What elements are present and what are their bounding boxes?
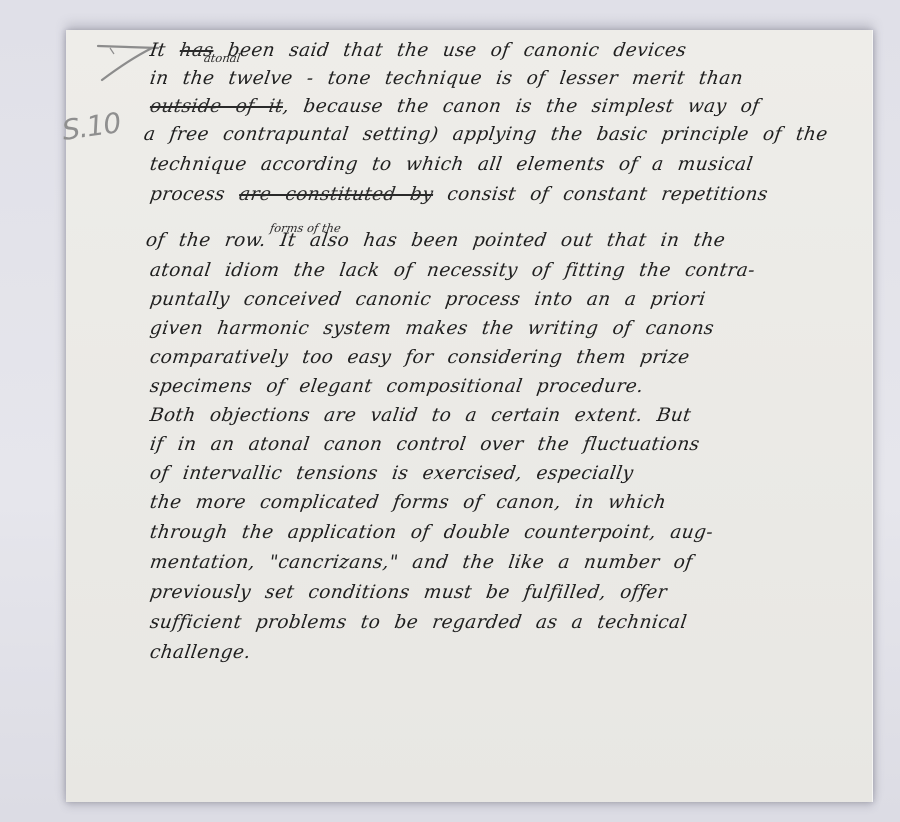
text-line-13: Both objections are valid to a certain e… xyxy=(149,405,693,426)
text-line-11: comparatively too easy for considering t… xyxy=(149,347,691,368)
struck-text: outside of it xyxy=(149,96,285,117)
text-line-17: through the application of double counte… xyxy=(149,522,715,543)
text-line-1: It has been said that the use of canonic… xyxy=(149,40,688,61)
text-line-14: if in an atonal canon control over the f… xyxy=(149,434,701,455)
text-line-3: outside of it, because the canon is the … xyxy=(149,96,761,117)
text-line-6: process are constituted by consist of co… xyxy=(149,184,770,205)
text-line-12: specimens of elegant compositional proce… xyxy=(149,376,645,397)
text-line-19: previously set conditions must be fulfil… xyxy=(149,582,669,603)
text-line-7: of the row. It also has been pointed out… xyxy=(145,230,727,251)
text-line-21: challenge. xyxy=(149,642,253,663)
struck-text: has xyxy=(178,40,215,61)
text-line-5: technique according to which all element… xyxy=(149,154,755,175)
struck-text: are constituted by xyxy=(238,184,435,205)
text-line-9: puntally conceived canonic process into … xyxy=(149,289,707,310)
text-line-16: the more complicated forms of canon, in … xyxy=(149,492,668,513)
text-line-8: atonal idiom the lack of necessity of fi… xyxy=(149,260,757,281)
text-line-15: of intervallic tensions is exercised, es… xyxy=(149,463,635,484)
text-line-10: given harmonic system makes the writing … xyxy=(149,318,716,339)
text-line-20: sufficient problems to be regarded as a … xyxy=(149,612,689,633)
text-line-4: a free contrapuntal setting) applying th… xyxy=(143,124,830,145)
text-line-18: mentation, "cancrizans," and the like a … xyxy=(149,552,694,573)
text-line-2: in the twelve - tone technique is of les… xyxy=(149,68,745,89)
